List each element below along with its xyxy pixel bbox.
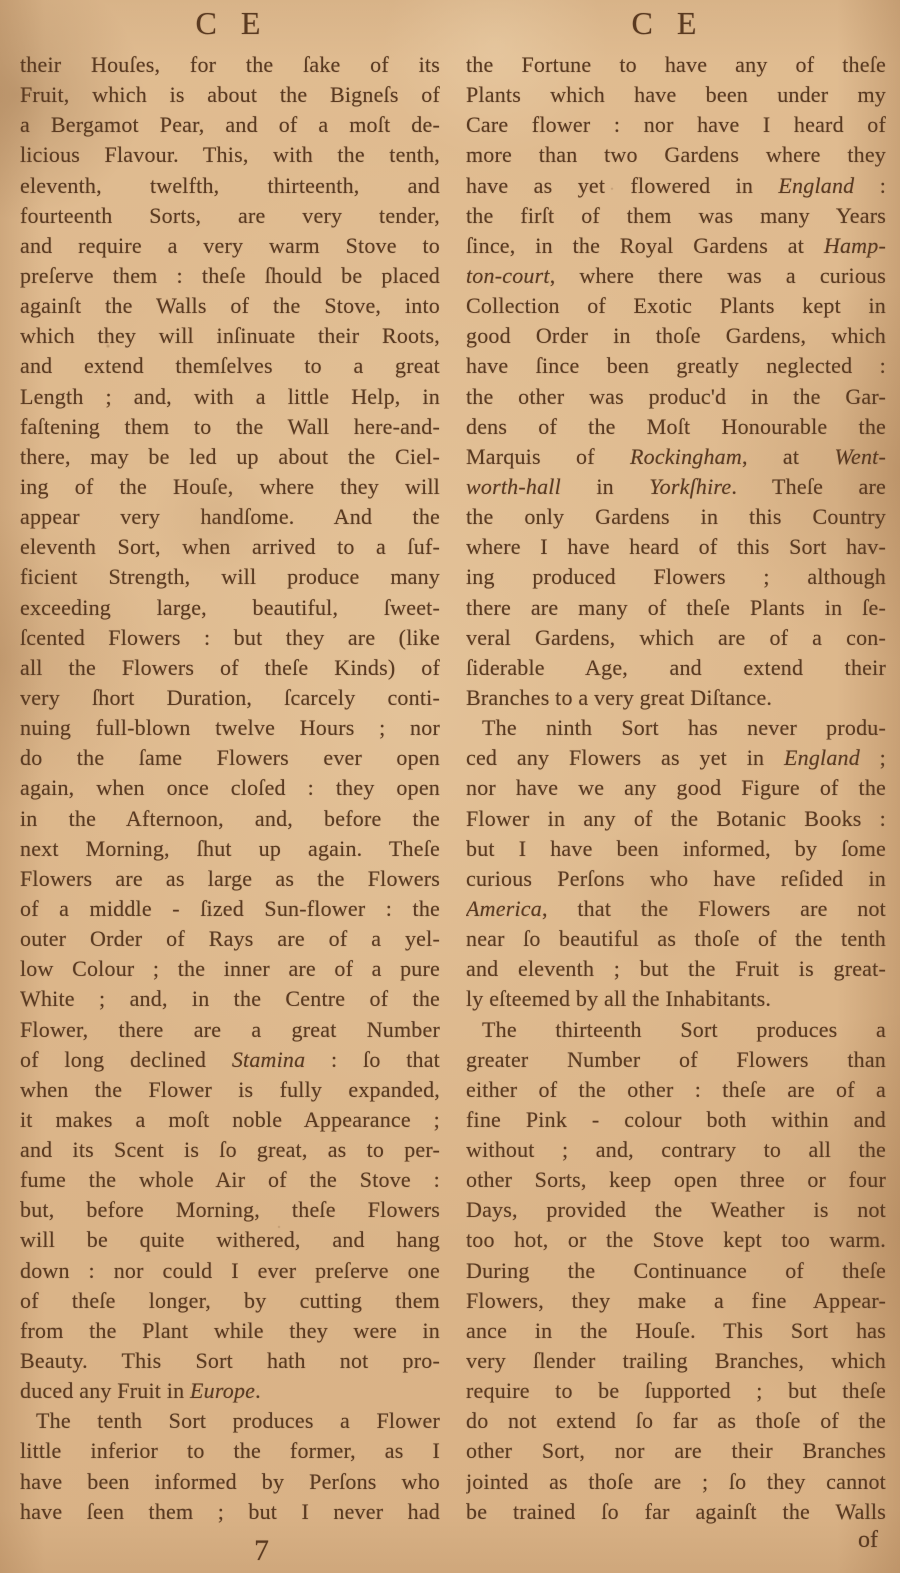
- text-line: either of the other : theſe are of a: [466, 1075, 886, 1105]
- text-column-right: the Fortune to have any of theſePlants w…: [466, 50, 886, 1527]
- text-line: too hot, or the Stove kept too warm.: [466, 1225, 886, 1255]
- text-line: all the Flowers of theſe Kinds) of: [20, 653, 440, 683]
- text-line: duced any Fruit in Europe.: [20, 1376, 440, 1406]
- text-line: and eleventh ; but the Fruit is great-: [466, 954, 886, 984]
- text-line: when the Flower is fully expanded,: [20, 1075, 440, 1105]
- text-line: Collection of Exotic Plants kept in: [466, 291, 886, 321]
- text-line: low Colour ; the inner are of a pure: [20, 954, 440, 984]
- text-line: fume the whole Air of the Stove :: [20, 1165, 440, 1195]
- text-line: their Houſes, for the ſake of its: [20, 50, 440, 80]
- text-line: outer Order of Rays are of a yel-: [20, 924, 440, 954]
- text-line: ing produced Flowers ; although: [466, 562, 886, 592]
- text-line: good Order in thoſe Gardens, which: [466, 321, 886, 351]
- text-line: appear very handſome. And the: [20, 502, 440, 532]
- text-line: and require a very warm Stove to: [20, 231, 440, 261]
- text-line: and extend themſelves to a great: [20, 351, 440, 381]
- text-line: Days, provided the Weather is not: [466, 1195, 886, 1225]
- text-line: eleventh Sort, when arrived to a ſuf-: [20, 532, 440, 562]
- text-line: During the Continuance of theſe: [466, 1256, 886, 1286]
- text-line: ly eſteemed by all the Inhabitants.: [466, 984, 886, 1014]
- text-line: White ; and, in the Centre of the: [20, 984, 440, 1014]
- text-line: Flower in any of the Botanic Books :: [466, 804, 886, 834]
- page-number: 7: [254, 1534, 269, 1568]
- book-page: C E C E their Houſes, for the ſake of it…: [0, 0, 900, 1573]
- text-line: a Bergamot Pear, and of a moſt de-: [20, 110, 440, 140]
- text-line: there are many of theſe Plants in ſe-: [466, 593, 886, 623]
- text-line: it makes a moſt noble Appearance ;: [20, 1105, 440, 1135]
- text-line: the only Gardens in this Country: [466, 502, 886, 532]
- text-line: more than two Gardens where they: [466, 140, 886, 170]
- text-line: have ſeen them ; but I never had: [20, 1497, 440, 1527]
- text-line: the other was produc'd in the Gar-: [466, 382, 886, 412]
- text-line: very ſlender trailing Branches, which: [466, 1346, 886, 1376]
- text-line: be trained ſo far againſt the Walls: [466, 1497, 886, 1527]
- text-line: worth-hall in Yorkſhire. Theſe are: [466, 472, 886, 502]
- text-line: The thirteenth Sort produces a: [466, 1015, 886, 1045]
- text-line: of a middle - ſized Sun-flower : the: [20, 894, 440, 924]
- text-line: do not extend ſo far as thoſe of the: [466, 1406, 886, 1436]
- text-line: without ; and, contrary to all the: [466, 1135, 886, 1165]
- text-line: licious Flavour. This, with the tenth,: [20, 140, 440, 170]
- text-line: faſtening them to the Wall here-and-: [20, 412, 440, 442]
- text-line: veral Gardens, which are of a con-: [466, 623, 886, 653]
- text-line: down : nor could I ever preſerve one: [20, 1256, 440, 1286]
- text-line: of long declined Stamina : ſo that: [20, 1045, 440, 1075]
- text-line: ſiderable Age, and extend their: [466, 653, 886, 683]
- text-line: exceeding large, beautiful, ſweet-: [20, 593, 440, 623]
- text-line: again, when once cloſed : they open: [20, 773, 440, 803]
- text-line: the firſt of them was many Years: [466, 201, 886, 231]
- text-line: America, that the Flowers are not: [466, 894, 886, 924]
- text-line: Flowers are as large as the Flowers: [20, 864, 440, 894]
- text-line: preſerve them : theſe ſhould be placed: [20, 261, 440, 291]
- text-line: other Sort, nor are their Branches: [466, 1436, 886, 1466]
- text-line: Length ; and, with a little Help, in: [20, 382, 440, 412]
- text-line: The ninth Sort has never produ-: [466, 713, 886, 743]
- text-line: will be quite withered, and hang: [20, 1225, 440, 1255]
- text-line: againſt the Walls of the Stove, into: [20, 291, 440, 321]
- text-line: nuing full-blown twelve Hours ; nor: [20, 713, 440, 743]
- text-line: the Fortune to have any of theſe: [466, 50, 886, 80]
- text-line: near ſo beautiful as thoſe of the tenth: [466, 924, 886, 954]
- text-line: dens of the Moſt Honourable the: [466, 412, 886, 442]
- text-line: and its Scent is ſo great, as to per-: [20, 1135, 440, 1165]
- text-line: nor have we any good Figure of the: [466, 773, 886, 803]
- text-line: but I have been informed, by ſome: [466, 834, 886, 864]
- text-line: Care flower : nor have I heard of: [466, 110, 886, 140]
- text-line: Fruit, which is about the Bigneſs of: [20, 80, 440, 110]
- text-line: have been informed by Perſons who: [20, 1467, 440, 1497]
- running-head-left: C E: [18, 5, 438, 42]
- text-line: require to be ſupported ; but theſe: [466, 1376, 886, 1406]
- text-line: but, before Morning, theſe Flowers: [20, 1195, 440, 1225]
- text-line: Branches to a very great Diſtance.: [466, 683, 886, 713]
- text-line: ance in the Houſe. This Sort has: [466, 1316, 886, 1346]
- text-line: other Sorts, keep open three or four: [466, 1165, 886, 1195]
- text-line: next Morning, ſhut up again. Theſe: [20, 834, 440, 864]
- text-line: ſcented Flowers : but they are (like: [20, 623, 440, 653]
- text-line: Flower, there are a great Number: [20, 1015, 440, 1045]
- text-line: have as yet flowered in England :: [466, 171, 886, 201]
- text-line: fine Pink - colour both within and: [466, 1105, 886, 1135]
- text-line: Beauty. This Sort hath not pro-: [20, 1346, 440, 1376]
- text-line: The tenth Sort produces a Flower: [20, 1406, 440, 1436]
- text-column-left: their Houſes, for the ſake of itsFruit, …: [20, 50, 440, 1527]
- text-line: jointed as thoſe are ; ſo they cannot: [466, 1467, 886, 1497]
- text-line: from the Plant while they were in: [20, 1316, 440, 1346]
- text-line: fourteenth Sorts, are very tender,: [20, 201, 440, 231]
- running-head-right: C E: [454, 5, 874, 42]
- text-line: there, may be led up about the Ciel-: [20, 442, 440, 472]
- text-line: ſince, in the Royal Gardens at Hamp-: [466, 231, 886, 261]
- text-line: where I have heard of this Sort hav-: [466, 532, 886, 562]
- text-line: Marquis of Rockingham, at Went-: [466, 442, 886, 472]
- text-line: little inferior to the former, as I: [20, 1436, 440, 1466]
- text-line: have ſince been greatly neglected :: [466, 351, 886, 381]
- text-line: ing of the Houſe, where they will: [20, 472, 440, 502]
- text-line: very ſhort Duration, ſcarcely conti-: [20, 683, 440, 713]
- text-line: Flowers, they make a fine Appear-: [466, 1286, 886, 1316]
- text-line: ton-court, where there was a curious: [466, 261, 886, 291]
- text-line: ced any Flowers as yet in England ;: [466, 743, 886, 773]
- text-line: which they will inſinuate their Roots,: [20, 321, 440, 351]
- text-line: Plants which have been under my: [466, 80, 886, 110]
- text-line: do the ſame Flowers ever open: [20, 743, 440, 773]
- text-line: ficient Strength, will produce many: [20, 562, 440, 592]
- text-line: of theſe longer, by cutting them: [20, 1286, 440, 1316]
- text-line: curious Perſons who have reſided in: [466, 864, 886, 894]
- text-line: in the Afternoon, and, before the: [20, 804, 440, 834]
- text-line: eleventh, twelfth, thirteenth, and: [20, 171, 440, 201]
- catchword: of: [858, 1527, 878, 1554]
- text-line: greater Number of Flowers than: [466, 1045, 886, 1075]
